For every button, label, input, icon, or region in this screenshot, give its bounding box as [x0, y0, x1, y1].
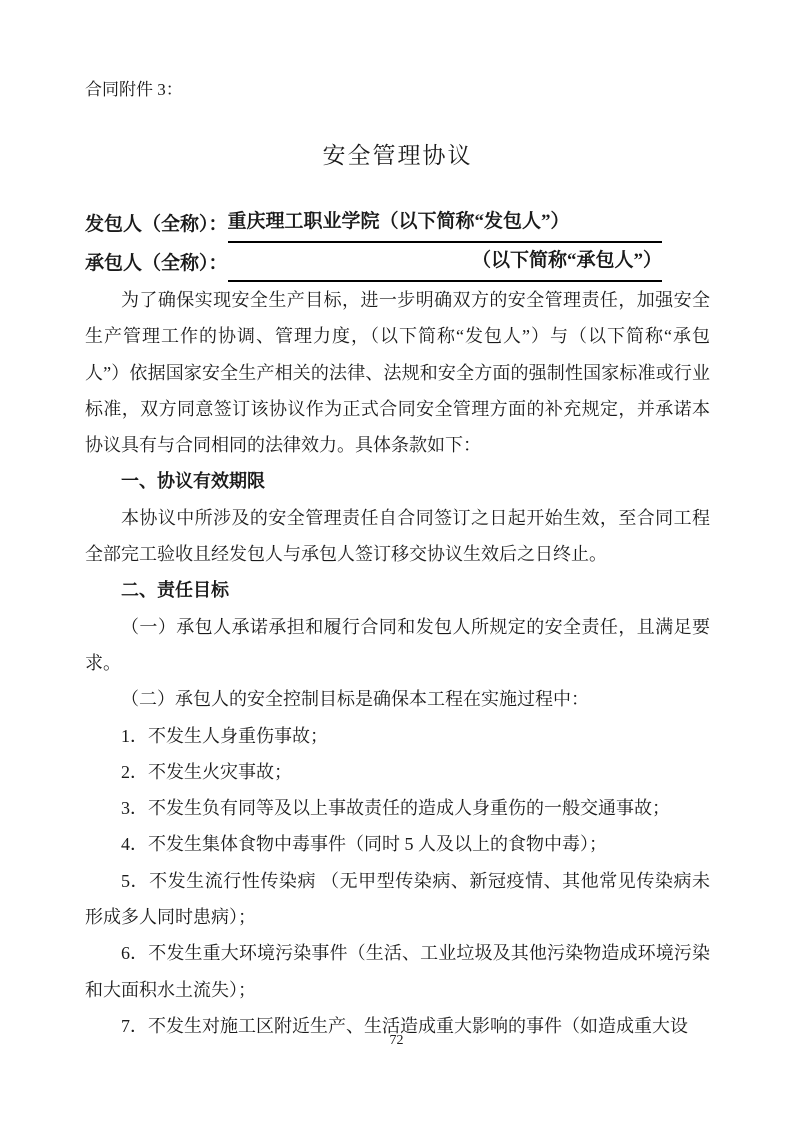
employer-label: 发包人（全称）：	[85, 206, 228, 243]
clause-1-paragraph: （一）承包人承诺承担和履行合同和发包人所规定的安全责任，且满足要求。	[85, 609, 710, 682]
parties-block: 发包人（全称）： 重庆理工职业学院（以下简称“发包人”） 承包人（全称）： （以…	[85, 204, 710, 282]
contractor-underline-field: （以下简称“承包人”）	[228, 243, 662, 282]
goal-item-3: 3．不发生负有同等及以上事故责任的造成人身重伤的一般交通事故；	[85, 790, 710, 826]
contractor-row: 承包人（全称）： （以下简称“承包人”）	[85, 243, 662, 282]
contractor-label: 承包人（全称）：	[85, 245, 228, 282]
employer-underline-field: 重庆理工职业学院（以下简称“发包人”）	[228, 204, 662, 243]
contractor-blank-field[interactable]	[228, 243, 472, 280]
page-number: 72	[0, 1032, 793, 1050]
attachment-label: 合同附件 3：	[85, 78, 710, 102]
intro-paragraph: 为了确保实现安全生产目标，进一步明确双方的安全管理责任，加强安全生产管理工作的协…	[85, 282, 710, 463]
contractor-suffix: （以下简称“承包人”）	[472, 243, 662, 280]
document-body: 为了确保实现安全生产目标，进一步明确双方的安全管理责任，加强安全生产管理工作的协…	[85, 282, 710, 1044]
goal-item-2: 2．不发生火灾事故；	[85, 754, 710, 790]
goal-item-1: 1．不发生人身重伤事故；	[85, 718, 710, 754]
section-1-heading: 一、协议有效期限	[85, 463, 710, 499]
clause-2-paragraph: （二）承包人的安全控制目标是确保本工程在实施过程中：	[85, 681, 710, 717]
goal-item-6: 6．不发生重大环境污染事件（生活、工业垃圾及其他污染物造成环境污染和大面积水土流…	[85, 935, 710, 1008]
document-page: 合同附件 3： 安全管理协议 发包人（全称）： 重庆理工职业学院（以下简称“发包…	[0, 0, 793, 1122]
page-title: 安全管理协议	[85, 140, 710, 172]
section-2-heading: 二、责任目标	[85, 572, 710, 608]
employer-value: 重庆理工职业学院（以下简称“发包人”）	[228, 204, 570, 241]
section-1-paragraph: 本协议中所涉及的安全管理责任自合同签订之日起开始生效，至合同工程全部完工验收且经…	[85, 500, 710, 573]
goal-item-4: 4．不发生集体食物中毒事件（同时 5 人及以上的食物中毒）；	[85, 826, 710, 862]
goal-item-5: 5．不发生流行性传染病 （无甲型传染病、新冠疫情、其他常见传染病未形成多人同时患…	[85, 863, 710, 936]
employer-row: 发包人（全称）： 重庆理工职业学院（以下简称“发包人”）	[85, 204, 662, 243]
